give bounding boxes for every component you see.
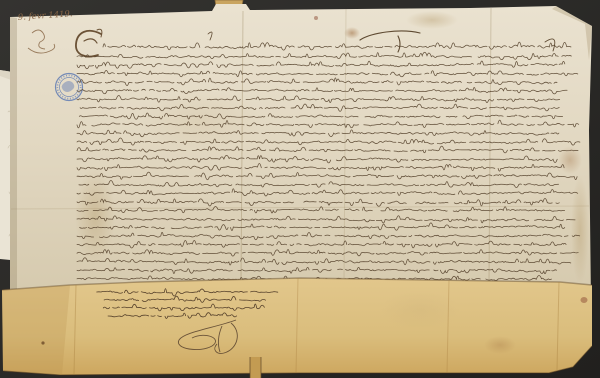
seal-tongue-slit: [250, 357, 261, 378]
manuscript-scene: 9. fevr 1419.: [0, 0, 600, 378]
left-edge-shadow: [10, 17, 17, 302]
main-parchment: [10, 4, 592, 304]
parchment-photograph: 9. fevr 1419.: [0, 0, 600, 378]
strip-left-shading: [2, 285, 70, 374]
archive-stamp: [56, 74, 83, 101]
lower-parchment-strip: [2, 278, 592, 378]
